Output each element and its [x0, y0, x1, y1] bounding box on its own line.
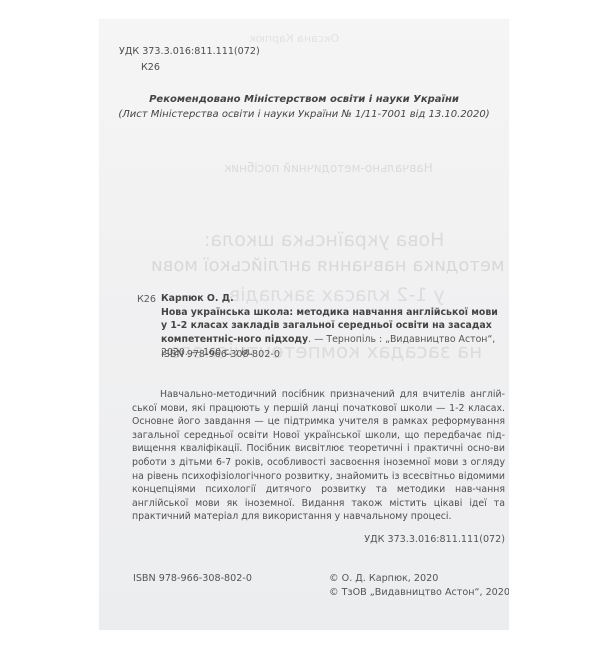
isbn-bottom: ISBN 978-966-308-802-0	[133, 572, 252, 585]
catalog-author-mark: К26	[137, 293, 156, 306]
show-through-title-2: методика навчання англійської мови	[151, 255, 505, 276]
copyright-author: © О. Д. Карпюк, 2020	[329, 572, 438, 585]
udk-code-top: УДК 373.3.016:811.111(072)	[119, 45, 260, 58]
ministry-recommendation: Рекомендовано Міністерством освіти і нау…	[99, 93, 509, 107]
book-abstract: Навчально-методичний посібник призначени…	[132, 388, 505, 524]
book-page: Оксана Карпюк Навчально-методичний посіб…	[99, 19, 509, 630]
show-through-author: Оксана Карпюк	[249, 32, 339, 45]
catalog-author: Карпюк О. Д.	[161, 292, 506, 306]
copyright-publisher: © ТзОВ „Видавництво Астон“, 2020	[329, 586, 509, 599]
udk-code-bottom: УДК 373.3.016:811.111(072)	[364, 533, 505, 546]
catalog-isbn: ISBN 978-966-308-802-0	[161, 348, 280, 361]
show-through-subtitle: Навчально-методичний посібник	[224, 161, 433, 175]
author-mark-top: К26	[141, 61, 160, 74]
ministry-letter-reference: (Лист Міністерства освіти і науки Україн…	[99, 108, 509, 122]
show-through-title-1: Нова українська школа:	[204, 229, 444, 251]
